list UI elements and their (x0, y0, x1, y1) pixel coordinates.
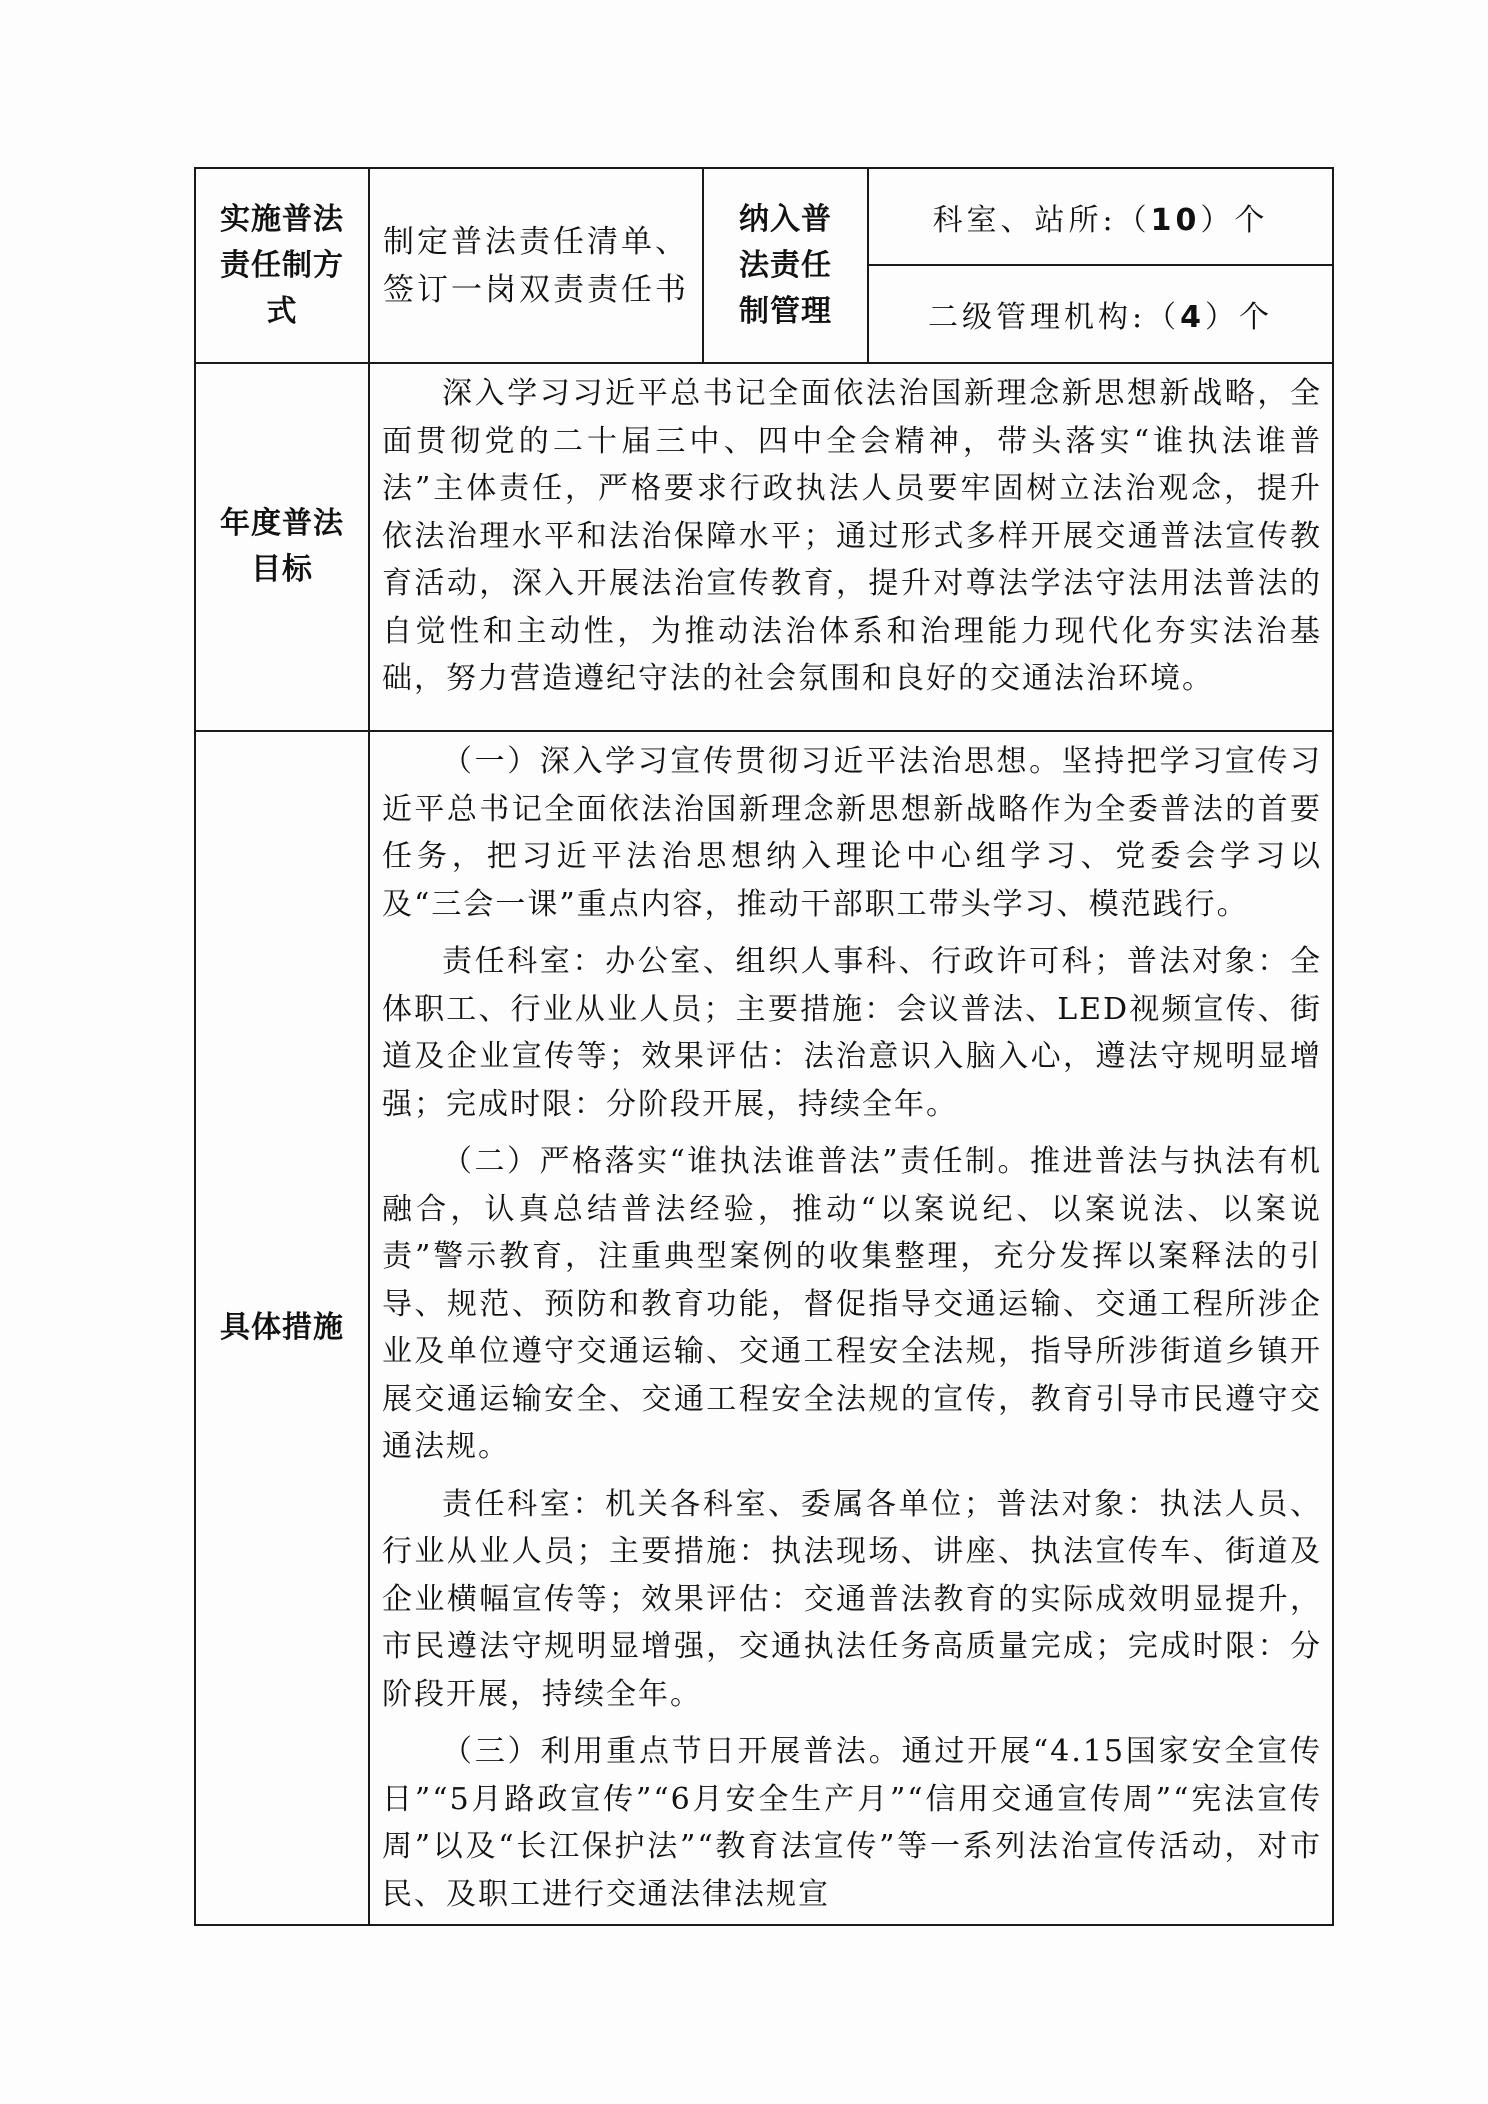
count-secondary-institutions: 二级管理机构:（4）个 (868, 265, 1333, 363)
document-page: 实施普法责任制方式 制定普法责任清单、签订一岗双责责任书 纳入普法责任制管理 科… (0, 0, 1488, 2104)
measures-label: 具体措施 (195, 731, 369, 1925)
measure-paragraph-3: （三）利用重点节日开展普法。通过开展“4.15国家安全宣传日”“5月路政宣传”“… (370, 1728, 1332, 1918)
management-scope-label: 纳入普法责任制管理 (703, 168, 868, 363)
legal-publicity-plan-table: 实施普法责任制方式 制定普法责任清单、签订一岗双责责任书 纳入普法责任制管理 科… (194, 167, 1334, 1926)
measure-paragraph-1: （一）深入学习宣传贯彻习近平法治思想。坚持把学习宣传习近平总书记全面依法治国新理… (370, 738, 1332, 928)
measure-responsibility-2: 责任科室：机关各科室、委属各单位；普法对象：执法人员、行业从业人员；主要措施：执… (370, 1481, 1332, 1719)
measure-responsibility-1: 责任科室：办公室、组织人事科、行政许可科；普法对象：全体职工、行业从业人员；主要… (370, 938, 1332, 1128)
annual-goal-cell: 深入学习习近平总书记全面依法治国新理念新思想新战略，全面贯彻党的二十届三中、四中… (369, 363, 1333, 731)
institutions-count-value: 4 (1180, 300, 1205, 335)
annual-goal-text: 深入学习习近平总书记全面依法治国新理念新思想新战略，全面贯彻党的二十届三中、四中… (370, 370, 1332, 703)
measure-paragraph-2: （二）严格落实“谁执法谁普法”责任制。推进普法与执法有机融合，认真总结普法经验，… (370, 1138, 1332, 1471)
implementation-method-value: 制定普法责任清单、签订一岗双责责任书 (369, 168, 703, 363)
measures-cell: （一）深入学习宣传贯彻习近平法治思想。坚持把学习宣传习近平总书记全面依法治国新理… (369, 731, 1333, 1925)
count-departments: 科室、站所:（10）个 (868, 168, 1333, 265)
implementation-method-label: 实施普法责任制方式 (195, 168, 369, 363)
departments-count-value: 10 (1151, 203, 1201, 238)
annual-goal-label: 年度普法目标 (195, 363, 369, 731)
